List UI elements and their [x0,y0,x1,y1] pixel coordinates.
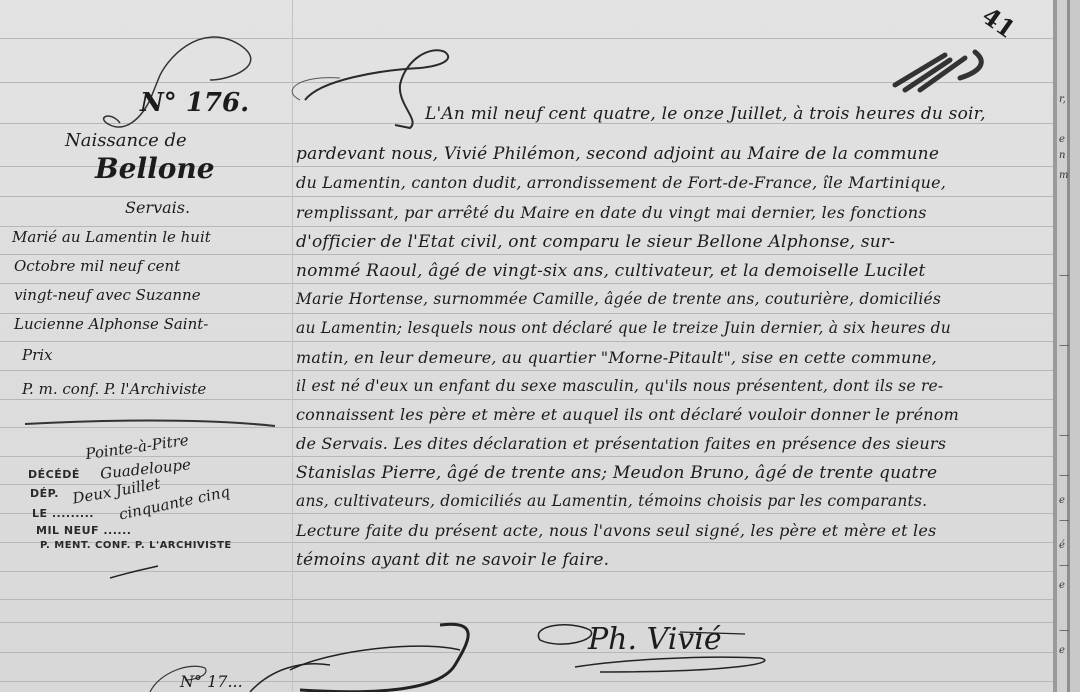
act-body-line: matin, en leur demeure, au quartier "Mor… [296,348,937,367]
edge-letter: m [1059,170,1068,181]
edge-letter: n [1059,150,1065,161]
ruled-line [0,399,1055,400]
edge-letter: e [1059,495,1065,506]
edge-letter: — [1059,470,1069,481]
ruled-line [0,599,1055,600]
ruled-line [0,622,1055,623]
next-act-number: N° 17... [180,672,243,691]
edge-letter: e [1059,580,1065,591]
death-stamp-line: DÉP. [30,487,59,500]
death-stamp-line: LE ......... [32,507,94,520]
ruled-line [0,571,1055,572]
death-stamp-line: DÉCÉDÉ [28,468,80,481]
edge-letter: r, [1059,94,1066,105]
ruled-line [0,196,1055,197]
ruled-line [0,370,1055,371]
officer-signature: Ph. Vivié [588,622,722,657]
marriage-note-line: Marié au Lamentin le huit [12,228,211,246]
act-body-line: Lecture faite du présent acte, nous l'av… [296,521,936,540]
act-number: N° 176. [140,88,249,118]
margin-line [292,0,293,692]
ruled-line [0,427,1055,428]
ruled-line [0,254,1055,255]
act-body-line: remplissant, par arrêté du Maire en date… [296,203,927,222]
register-page: 41 N° 176. Naissance de Bellone Servais.… [0,0,1080,692]
margin-given-name: Servais. [125,198,190,217]
ruled-line [0,226,1055,227]
death-stamp-line: P. MENT. CONF. P. L'ARCHIVISTE [40,540,232,551]
act-body-line: Marie Hortense, surnommée Camille, âgée … [296,290,941,308]
act-body-line: du Lamentin, canton dudit, arrondissemen… [296,173,946,192]
margin-surname: Bellone [95,152,215,185]
marriage-note-line: Lucienne Alphonse Saint- [14,315,208,333]
act-body-line: L'An mil neuf cent quatre, le onze Juill… [425,104,986,124]
edge-letter: é [1059,540,1065,551]
marriage-note-line: Prix [22,346,53,364]
marriage-note-line: P. m. conf. P. l'Archiviste [22,380,206,398]
act-body-line: nommé Raoul, âgé de vingt-six ans, culti… [296,261,926,281]
edge-letter: e [1059,134,1065,145]
margin-heading: Naissance de [65,130,187,151]
act-body-line: témoins ayant dit ne savoir le faire. [296,550,609,570]
edge-letter: — [1059,560,1069,571]
act-body-line: de Servais. Les dites déclaration et pré… [296,434,946,453]
ruled-line [0,341,1055,342]
act-body-line: pardevant nous, Vivié Philémon, second a… [296,144,939,164]
ruled-line [0,313,1055,314]
edge-letter: — [1059,340,1069,351]
act-body-line: connaissent les père et mère et auquel i… [296,405,959,424]
edge-letter: — [1059,625,1069,636]
ruled-line [0,38,1055,39]
act-body-line: il est né d'eux un enfant du sexe mascul… [296,377,943,395]
binding-edge [1070,0,1080,692]
act-body-line: d'officier de l'Etat civil, ont comparu … [296,232,895,252]
ruled-line [0,283,1055,284]
act-body-line: ans, cultivateurs, domiciliés au Lamenti… [296,492,927,510]
edge-letter: — [1059,515,1069,526]
marriage-note-line: vingt-neuf avec Suzanne [14,286,201,304]
edge-letter: — [1059,430,1069,441]
act-body-line: Stanislas Pierre, âgé de trente ans; Meu… [296,463,937,483]
edge-letter: — [1059,270,1069,281]
marriage-note-line: Octobre mil neuf cent [14,257,180,275]
death-stamp-line: MIL NEUF ...... [36,524,131,537]
ruled-line [0,82,1055,83]
edge-letter: e [1059,645,1065,656]
ruled-line [0,681,1055,682]
ruled-line [0,652,1055,653]
ruled-line [0,456,1055,457]
act-body-line: au Lamentin; lesquels nous ont déclaré q… [296,319,951,337]
